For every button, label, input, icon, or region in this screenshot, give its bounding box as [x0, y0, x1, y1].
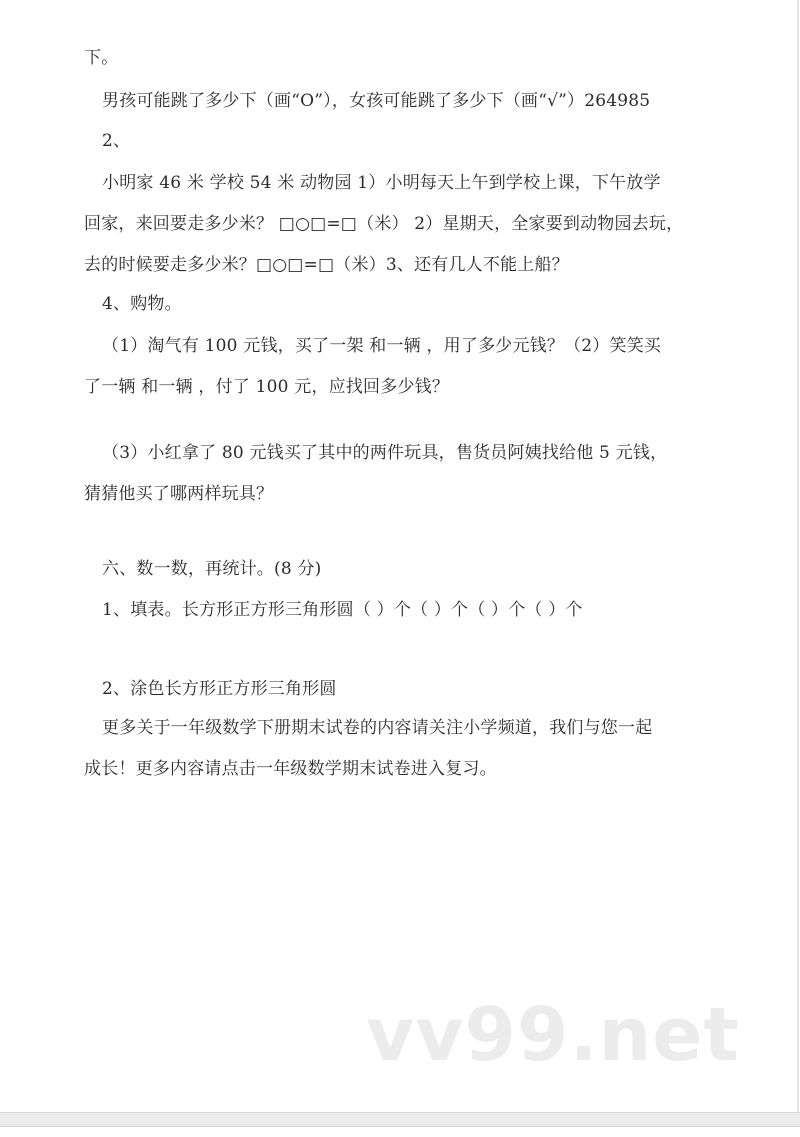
section-six-heading: 六、数一数，再统计。(8 分) — [102, 557, 321, 581]
text-line-continuation: 下。 — [84, 46, 118, 70]
text-line-boat-question: 去的时候要走多少米？□○□=□（米）3、还有几人不能上船？ — [84, 253, 569, 277]
text-line-shopping-q3: （3）小红拿了 80 元钱买了其中的两件玩具，售货员阿姨找给他 5 元钱， — [102, 441, 667, 465]
watermark-logo: vv99.net — [366, 995, 740, 1075]
text-line-question-2-number: 2、 — [102, 129, 130, 153]
text-line-jump-question: 男孩可能跳了多少下（画“O”），女孩可能跳了多少下（画“√”）264985 — [102, 89, 650, 113]
next-page-edge — [0, 1127, 800, 1137]
text-line-more-info: 更多关于一年级数学下册期末试卷的内容请关注小学频道，我们与您一起 — [102, 716, 652, 740]
page-divider-bar — [0, 1112, 800, 1127]
text-line-shopping-q3-cont: 猜猜他买了哪两样玩具？ — [84, 482, 273, 506]
text-line-distance-problem-cont: 回家，来回要走多少米？ □○□=□（米） 2）星期天，全家要到动物园去玩， — [84, 212, 683, 236]
text-line-more-info-cont: 成长！更多内容请点击一年级数学期末试卷进入复习。 — [84, 757, 497, 781]
text-line-shopping-q2: 了一辆 和一辆 ，付了 100 元，应找回多少钱？ — [84, 375, 449, 399]
text-line-fill-table: 1、填表。长方形正方形三角形圆（ ）个（ ）个（ ）个（ ）个 — [102, 598, 583, 622]
text-line-distance-problem: 小明家 46 米 学校 54 米 动物园 1）小明每天上午到学校上课，下午放学 — [102, 171, 661, 195]
document-page: 下。 男孩可能跳了多少下（画“O”），女孩可能跳了多少下（画“√”）264985… — [0, 0, 799, 1112]
text-line-coloring: 2、涂色长方形正方形三角形圆 — [102, 677, 337, 701]
text-line-shopping-heading: 4、购物。 — [102, 292, 182, 316]
text-line-shopping-q1: （1）淘气有 100 元钱，买了一架 和一辆 ，用了多少元钱？（2）笑笑买 — [102, 334, 661, 358]
